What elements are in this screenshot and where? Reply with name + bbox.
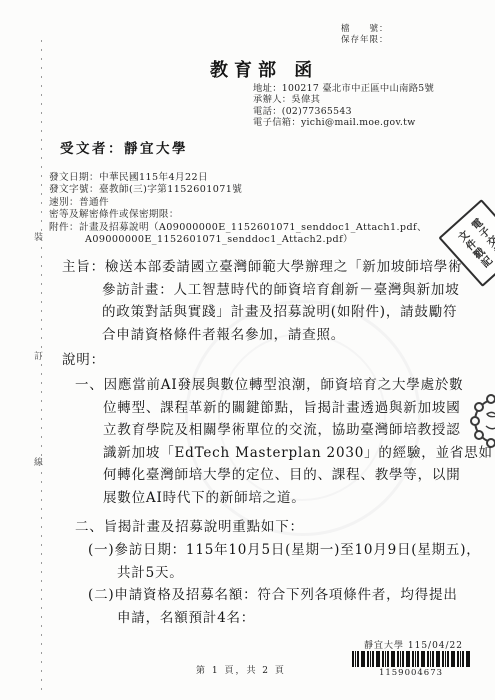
footer-school-date: 靜宜大學 115/04/22 (364, 638, 463, 651)
barcode-number: 1159004673 (352, 668, 470, 678)
explanation-item-1: 一、因應當前AI發展與數位轉型浪潮，師資培育之大學處於數 位轉型、課程革新的關鍵… (62, 374, 474, 510)
attachment-line-1: 附件：計畫及招募說明（A09000000E_1152601071_senddoc… (49, 222, 427, 234)
subitem-line: 申請，名額預計4名： (62, 607, 474, 630)
agency-handler: 承辦人：吳偉其 (253, 94, 434, 105)
agency-email: 電子信箱：yichi@mail.moe.gov.tw (253, 117, 434, 128)
page-number-info: 第 1 頁，共 2 頁 (196, 663, 286, 676)
official-document-page: 檔 號： 保存年限： 教育部 函 地址：100217 臺北市中正區中山南路5號 … (0, 0, 495, 700)
archive-labels: 檔 號： 保存年限： (341, 24, 389, 46)
explanation-line: 立教育學院及相關學術單位的交流，協助臺灣師培教授認 (62, 419, 474, 442)
explanation-line: 展數位AI時代下的新師培之道。 (62, 487, 474, 510)
explanation-line: 識新加坡「EdTech Masterplan 2030」的經驗，並省思如 (62, 442, 474, 465)
binding-dotted-line (41, 40, 42, 692)
subject-line: 主旨：檢送本部委請國立臺灣師範大學辦理之「新加坡師培學術 (62, 256, 474, 279)
explanation-line: 位轉型、課程革新的關鍵節點，旨揭計畫透過與新加坡國 (62, 397, 474, 420)
subitem-line: (一)參訪日期：115年10月5日(星期一)至10月9日(星期五)， (62, 539, 474, 562)
document-title: 教育部 函 (210, 56, 318, 82)
partial-seal-stamp (463, 392, 495, 450)
explanation-line: 何轉化臺灣師培大學的定位、目的、課程、教學等，以開 (62, 464, 474, 487)
barcode (352, 651, 470, 667)
agency-address: 地址：100217 臺北市中正區中山南路5號 (253, 83, 434, 94)
retention-period-label: 保存年限： (341, 35, 389, 46)
recipient-line: 受文者：靜宜大學 (60, 137, 188, 157)
subitem-line: (二)申請資格及招募名額：符合下列各項條件者，均得提出 (62, 584, 474, 607)
security-class: 密等及解密條件或保密期限： (49, 209, 427, 221)
agency-phone: 電話：(02)77365543 (253, 106, 434, 117)
attachment-line-2: A09000000E_1152601071_senddoc1_Attach2.p… (49, 234, 427, 246)
agency-contact-block: 地址：100217 臺北市中正區中山南路5號 承辦人：吳偉其 電話：(02)77… (253, 83, 434, 128)
subitem-line: 共計5天。 (62, 562, 474, 585)
explanation-item-2: 二、旨揭計畫及招募說明重點如下： (62, 516, 474, 539)
file-number-label: 檔 號： (341, 24, 389, 35)
issue-number: 發文字號：臺教師(三)字第1152601071號 (49, 184, 427, 196)
binding-char-ding: 訂 (34, 349, 43, 362)
seal-icon (463, 392, 495, 450)
subject-line: 的政策對話與實踐」計畫及招募說明(如附件)，請鼓勵符 (62, 301, 474, 324)
subject-paragraph: 主旨：檢送本部委請國立臺灣師範大學辦理之「新加坡師培學術 參訪計畫：人工智慧時代… (62, 256, 474, 346)
issue-date: 發文日期：中華民國115年4月22日 (49, 172, 427, 184)
explanation-heading: 說明： (62, 349, 474, 372)
binding-char-xian: 線 (34, 455, 43, 468)
binding-char-zhuang: 裝 (34, 230, 43, 243)
explanation-subitems: (一)參訪日期：115年10月5日(星期一)至10月9日(星期五)， 共計5天。… (62, 539, 474, 629)
explanation-line: 二、旨揭計畫及招募說明重點如下： (62, 516, 474, 539)
explanation-line: 一、因應當前AI發展與數位轉型浪潮，師資培育之大學處於數 (62, 374, 474, 397)
subject-line: 合申請資格條件者報名參加，請查照。 (62, 324, 474, 347)
speed-class: 速別：普通件 (49, 197, 427, 209)
document-meta-block: 發文日期：中華民國115年4月22日 發文字號：臺教師(三)字第11526010… (49, 172, 427, 246)
subject-line: 參訪計畫：人工智慧時代的師資培育創新－臺灣與新加坡 (62, 279, 474, 302)
